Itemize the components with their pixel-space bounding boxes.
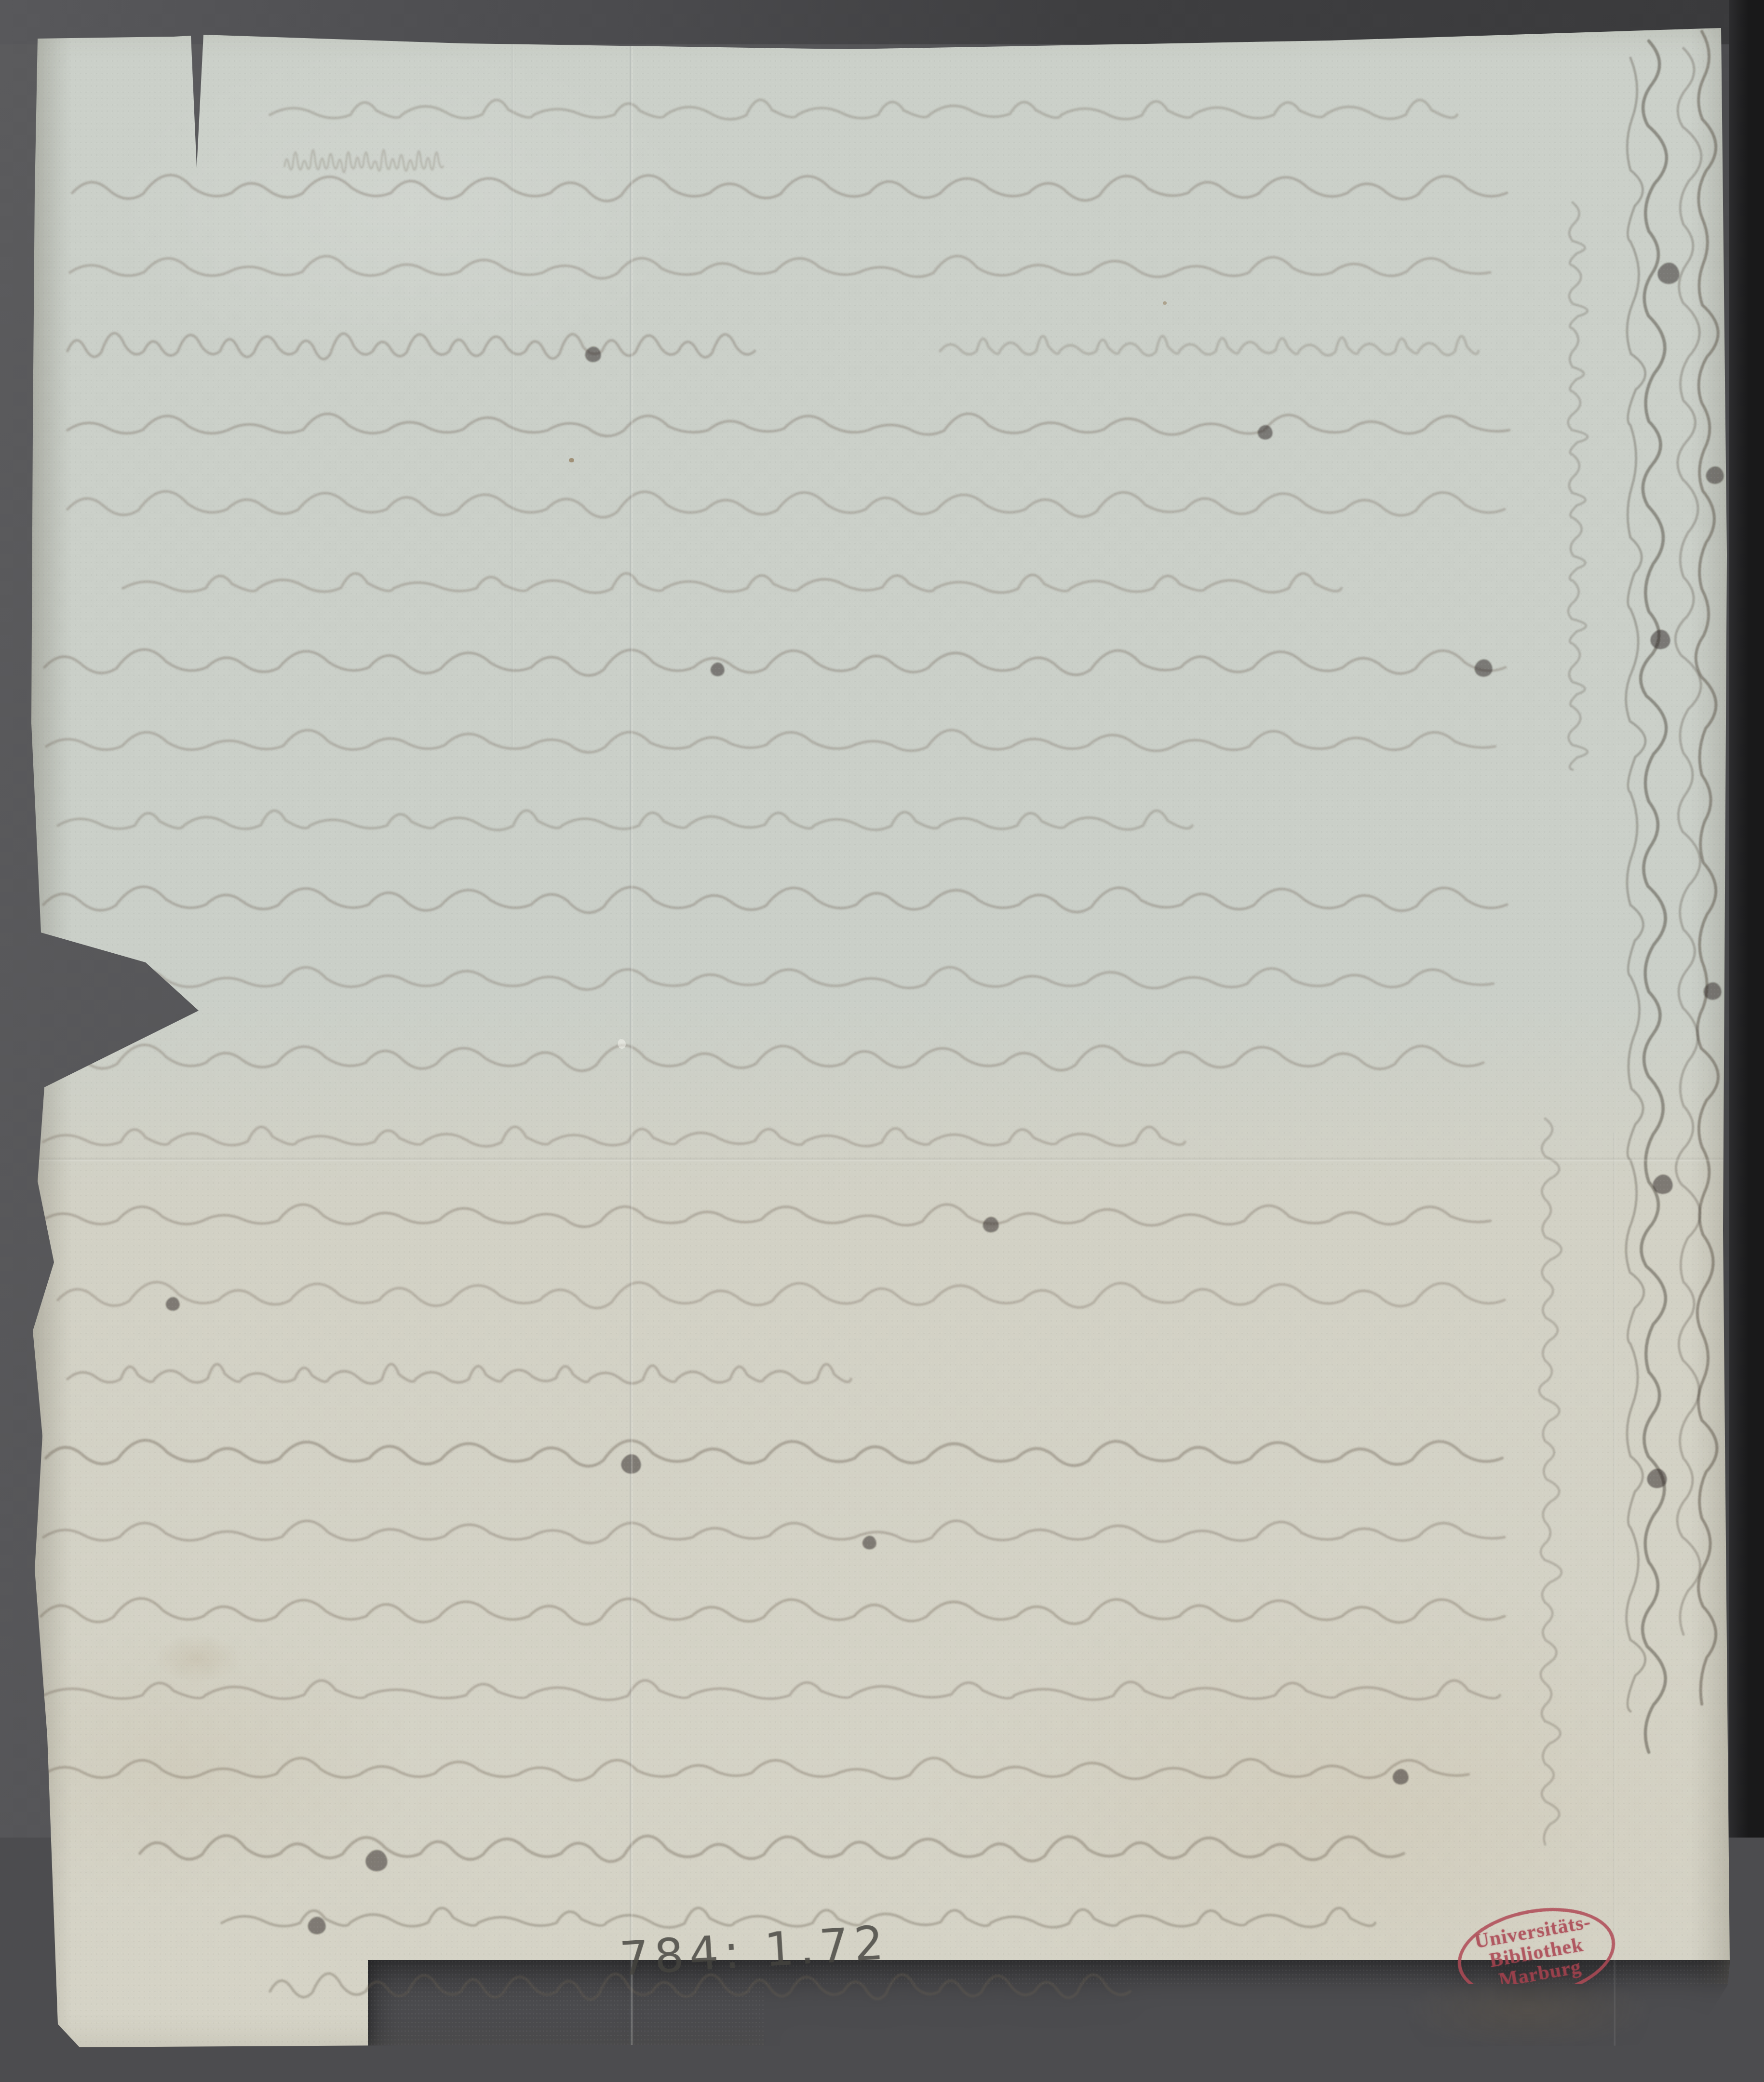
ink-blot: [1650, 630, 1670, 649]
handwriting-stroke: [70, 256, 1490, 278]
handwriting-stroke: [1626, 58, 1645, 1711]
handwriting-stroke: [67, 414, 1509, 436]
handwriting-stroke: [58, 811, 1192, 830]
handwriting-stroke: [1568, 203, 1588, 770]
handwriting-stroke: [44, 967, 1493, 989]
ink-blot: [711, 662, 725, 676]
handwriting-stroke: [940, 336, 1479, 355]
handwriting-stroke: [1675, 48, 1701, 1635]
handwriting-stroke: [43, 1521, 1505, 1543]
letter-sheet: 784: 1.72 Universitäts- Bibliothek Marbu…: [29, 24, 1733, 2049]
handwriting-stroke: [43, 887, 1507, 913]
handwriting-stroke: [46, 1045, 1483, 1071]
handwriting-stroke: [41, 1598, 1505, 1624]
handwriting-stroke: [1641, 41, 1667, 1752]
handwriting-stroke: [41, 1204, 1490, 1227]
handwriting-stroke: [67, 491, 1505, 517]
ink-blot: [1653, 1175, 1672, 1194]
ink-blot: [166, 1297, 180, 1311]
handwriting-stroke: [43, 1680, 1500, 1700]
handwriting-stroke: [140, 1836, 1404, 1862]
handwriting-stroke: [284, 150, 443, 172]
ink-blot: [1475, 659, 1493, 676]
ink-blot: [1258, 425, 1273, 439]
ink-blot: [365, 1850, 387, 1871]
handwriting-stroke: [46, 730, 1495, 752]
handwriting-stroke: [44, 649, 1506, 676]
ink-blot: [1647, 1469, 1667, 1488]
ink-blot: [1706, 466, 1724, 484]
mat-bottom-band: [0, 2043, 1764, 2082]
bleedthrough-handwriting: [0, 0, 1764, 2082]
ink-blot: [1393, 1769, 1409, 1785]
handwriting-stroke: [123, 573, 1341, 593]
ink-blot: [1657, 263, 1679, 284]
scan-stage: 784: 1.72 Universitäts- Bibliothek Marbu…: [0, 0, 1764, 2082]
ink-blots-group: [166, 189, 1724, 1934]
ink-blot: [862, 1536, 876, 1549]
handwriting-stroke: [58, 1282, 1505, 1308]
handwriting-stroke: [1539, 1119, 1562, 1844]
handwriting-lines-group: [41, 100, 1509, 2000]
handwriting-stroke: [46, 1440, 1502, 1466]
ink-blot: [621, 1454, 641, 1474]
mat-right-dark-band: [1729, 0, 1764, 2082]
handwriting-stroke: [67, 333, 755, 359]
handwriting-stroke: [72, 175, 1507, 201]
ink-blot: [983, 1217, 999, 1232]
handwriting-stroke: [43, 1127, 1185, 1146]
ink-blot: [585, 347, 601, 362]
margin-writing-group: [1539, 31, 1718, 1844]
handwriting-stroke: [43, 1758, 1468, 1780]
handwriting-stroke: [67, 1364, 851, 1383]
ink-blot: [308, 1917, 326, 1934]
handwriting-stroke: [270, 100, 1457, 119]
ink-blot: [1198, 189, 1212, 203]
